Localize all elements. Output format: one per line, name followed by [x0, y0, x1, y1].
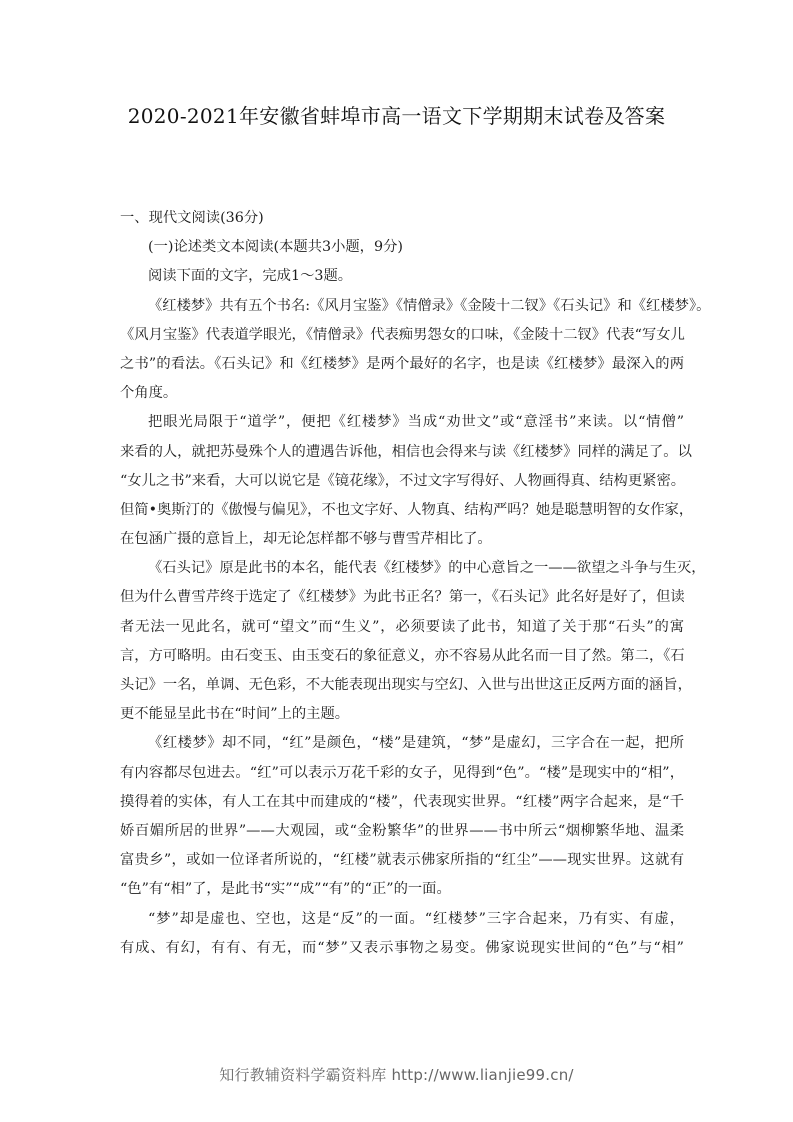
document-page: 2020-2021年安徽省蚌埠市高一语文下学期期末试卷及答案 一、现代文阅读(3…	[0, 0, 793, 1122]
section-heading: 一、现代文阅读(36分)	[120, 204, 684, 233]
paragraph-line: 之书”的看法。《石头记》和《红楼梦》是两个最好的名字，也是读《红楼梦》最深入的两	[120, 350, 684, 379]
paragraph-line: 摸得着的实体，有人工在其中而建成的“楼”，代表现实世界。“红楼”两字合起来，是“…	[120, 788, 684, 817]
paragraph-2: 把眼光局限于“道学”，便把《红楼梦》当成“劝世文”或“意淫书”来读。以“情僧” …	[120, 408, 684, 554]
paragraph-5: “梦”却是虚也、空也，这是“反”的一面。“红楼梦”三字合起来，乃有实、有虚， 有…	[120, 905, 684, 963]
paragraph-line: 《红楼梦》却不同，“红”是颜色，“楼”是建筑，“梦”是虚幻，三字合在一起，把所	[120, 729, 684, 758]
paragraph-line: 言，方可略明。由石变玉、由玉变石的象征意义，亦不容易从此名而一目了然。第二，《石	[120, 642, 684, 671]
paragraph-line: 来看的人，就把苏曼殊个人的遭遇告诉他，相信也会得来与读《红楼梦》同样的满足了。以	[120, 438, 684, 467]
paragraph-1: 《红楼梦》共有五个书名:《风月宝鉴》《情僧录》《金陵十二钗》《石头记》和《红楼梦…	[120, 292, 684, 409]
paragraph-line: 娇百媚所居的世界”——大观园，或“金粉繁华”的世界——书中所云“烟柳繁华地、温柔	[120, 817, 684, 846]
document-title: 2020-2021年安徽省蚌埠市高一语文下学期期末试卷及答案	[0, 101, 793, 131]
paragraph-line: 《风月宝鉴》代表道学眼光，《情僧录》代表痴男怨女的口味，《金陵十二钗》代表“写女…	[120, 321, 684, 350]
paragraph-line: 《红楼梦》共有五个书名:《风月宝鉴》《情僧录》《金陵十二钗》《石头记》和《红楼梦…	[120, 292, 684, 321]
paragraph-line: 但简•奥斯汀的《傲慢与偏见》，不也文字好、人物真、结构严吗？她是聪慧明智的女作家…	[120, 496, 684, 525]
paragraph-line: 个角度。	[120, 379, 684, 408]
paragraph-line: “女儿之书”来看，大可以说它是《镜花缘》，不过文字写得好、人物画得真、结构更紧密…	[120, 467, 684, 496]
paragraph-line: “梦”却是虚也、空也，这是“反”的一面。“红楼梦”三字合起来，乃有实、有虚，	[120, 905, 684, 934]
paragraph-line: 在包涵广摄的意旨上，却无论怎样都不够与曹雪芹相比了。	[120, 525, 684, 554]
paragraph-line: “色”有“相”了，是此书“实”“成”“有”的“正”的一面。	[120, 875, 684, 904]
paragraph-line: 有内容都尽包进去。“红”可以表示万花千彩的女子，见得到“色”。“楼”是现实中的“…	[120, 759, 684, 788]
footer-watermark: 知行教辅资料学霸资料库 http://www.lianjie99.cn/	[0, 1064, 793, 1085]
paragraph-4: 《红楼梦》却不同，“红”是颜色，“楼”是建筑，“梦”是虚幻，三字合在一起，把所 …	[120, 729, 684, 904]
paragraph-3: 《石头记》原是此书的本名，能代表《红楼梦》的中心意旨之一——欲望之斗争与生灭， …	[120, 554, 684, 729]
document-body: 一、现代文阅读(36分) (一)论述类文本阅读(本题共3小题，9分) 阅读下面的…	[120, 204, 684, 963]
paragraph-line: 者无法一见此名，就可“望文”而“生义”，必须要读了此书，知道了关于那“石头”的寓	[120, 613, 684, 642]
reading-instruction: 阅读下面的文字，完成1～3题。	[120, 262, 684, 291]
paragraph-line: 富贵乡”，或如一位译者所说的，“红楼”就表示佛家所指的“红尘”——现实世界。这就…	[120, 846, 684, 875]
paragraph-line: 但为什么曹雪芹终于选定了《红楼梦》为此书正名？第一，《石头记》此名好是好了，但读	[120, 583, 684, 612]
subsection-heading: (一)论述类文本阅读(本题共3小题，9分)	[120, 233, 684, 262]
paragraph-line: 《石头记》原是此书的本名，能代表《红楼梦》的中心意旨之一——欲望之斗争与生灭，	[120, 554, 684, 583]
paragraph-line: 有成、有幻，有有、有无，而“梦”又表示事物之易变。佛家说现实世间的“色”与“相”	[120, 934, 684, 963]
paragraph-line: 更不能显呈此书在“时间”上的主题。	[120, 700, 684, 729]
paragraph-line: 头记》一名，单调、无色彩，不大能表现出现实与空幻、入世与出世这正反两方面的涵旨，	[120, 671, 684, 700]
paragraph-line: 把眼光局限于“道学”，便把《红楼梦》当成“劝世文”或“意淫书”来读。以“情僧”	[120, 408, 684, 437]
